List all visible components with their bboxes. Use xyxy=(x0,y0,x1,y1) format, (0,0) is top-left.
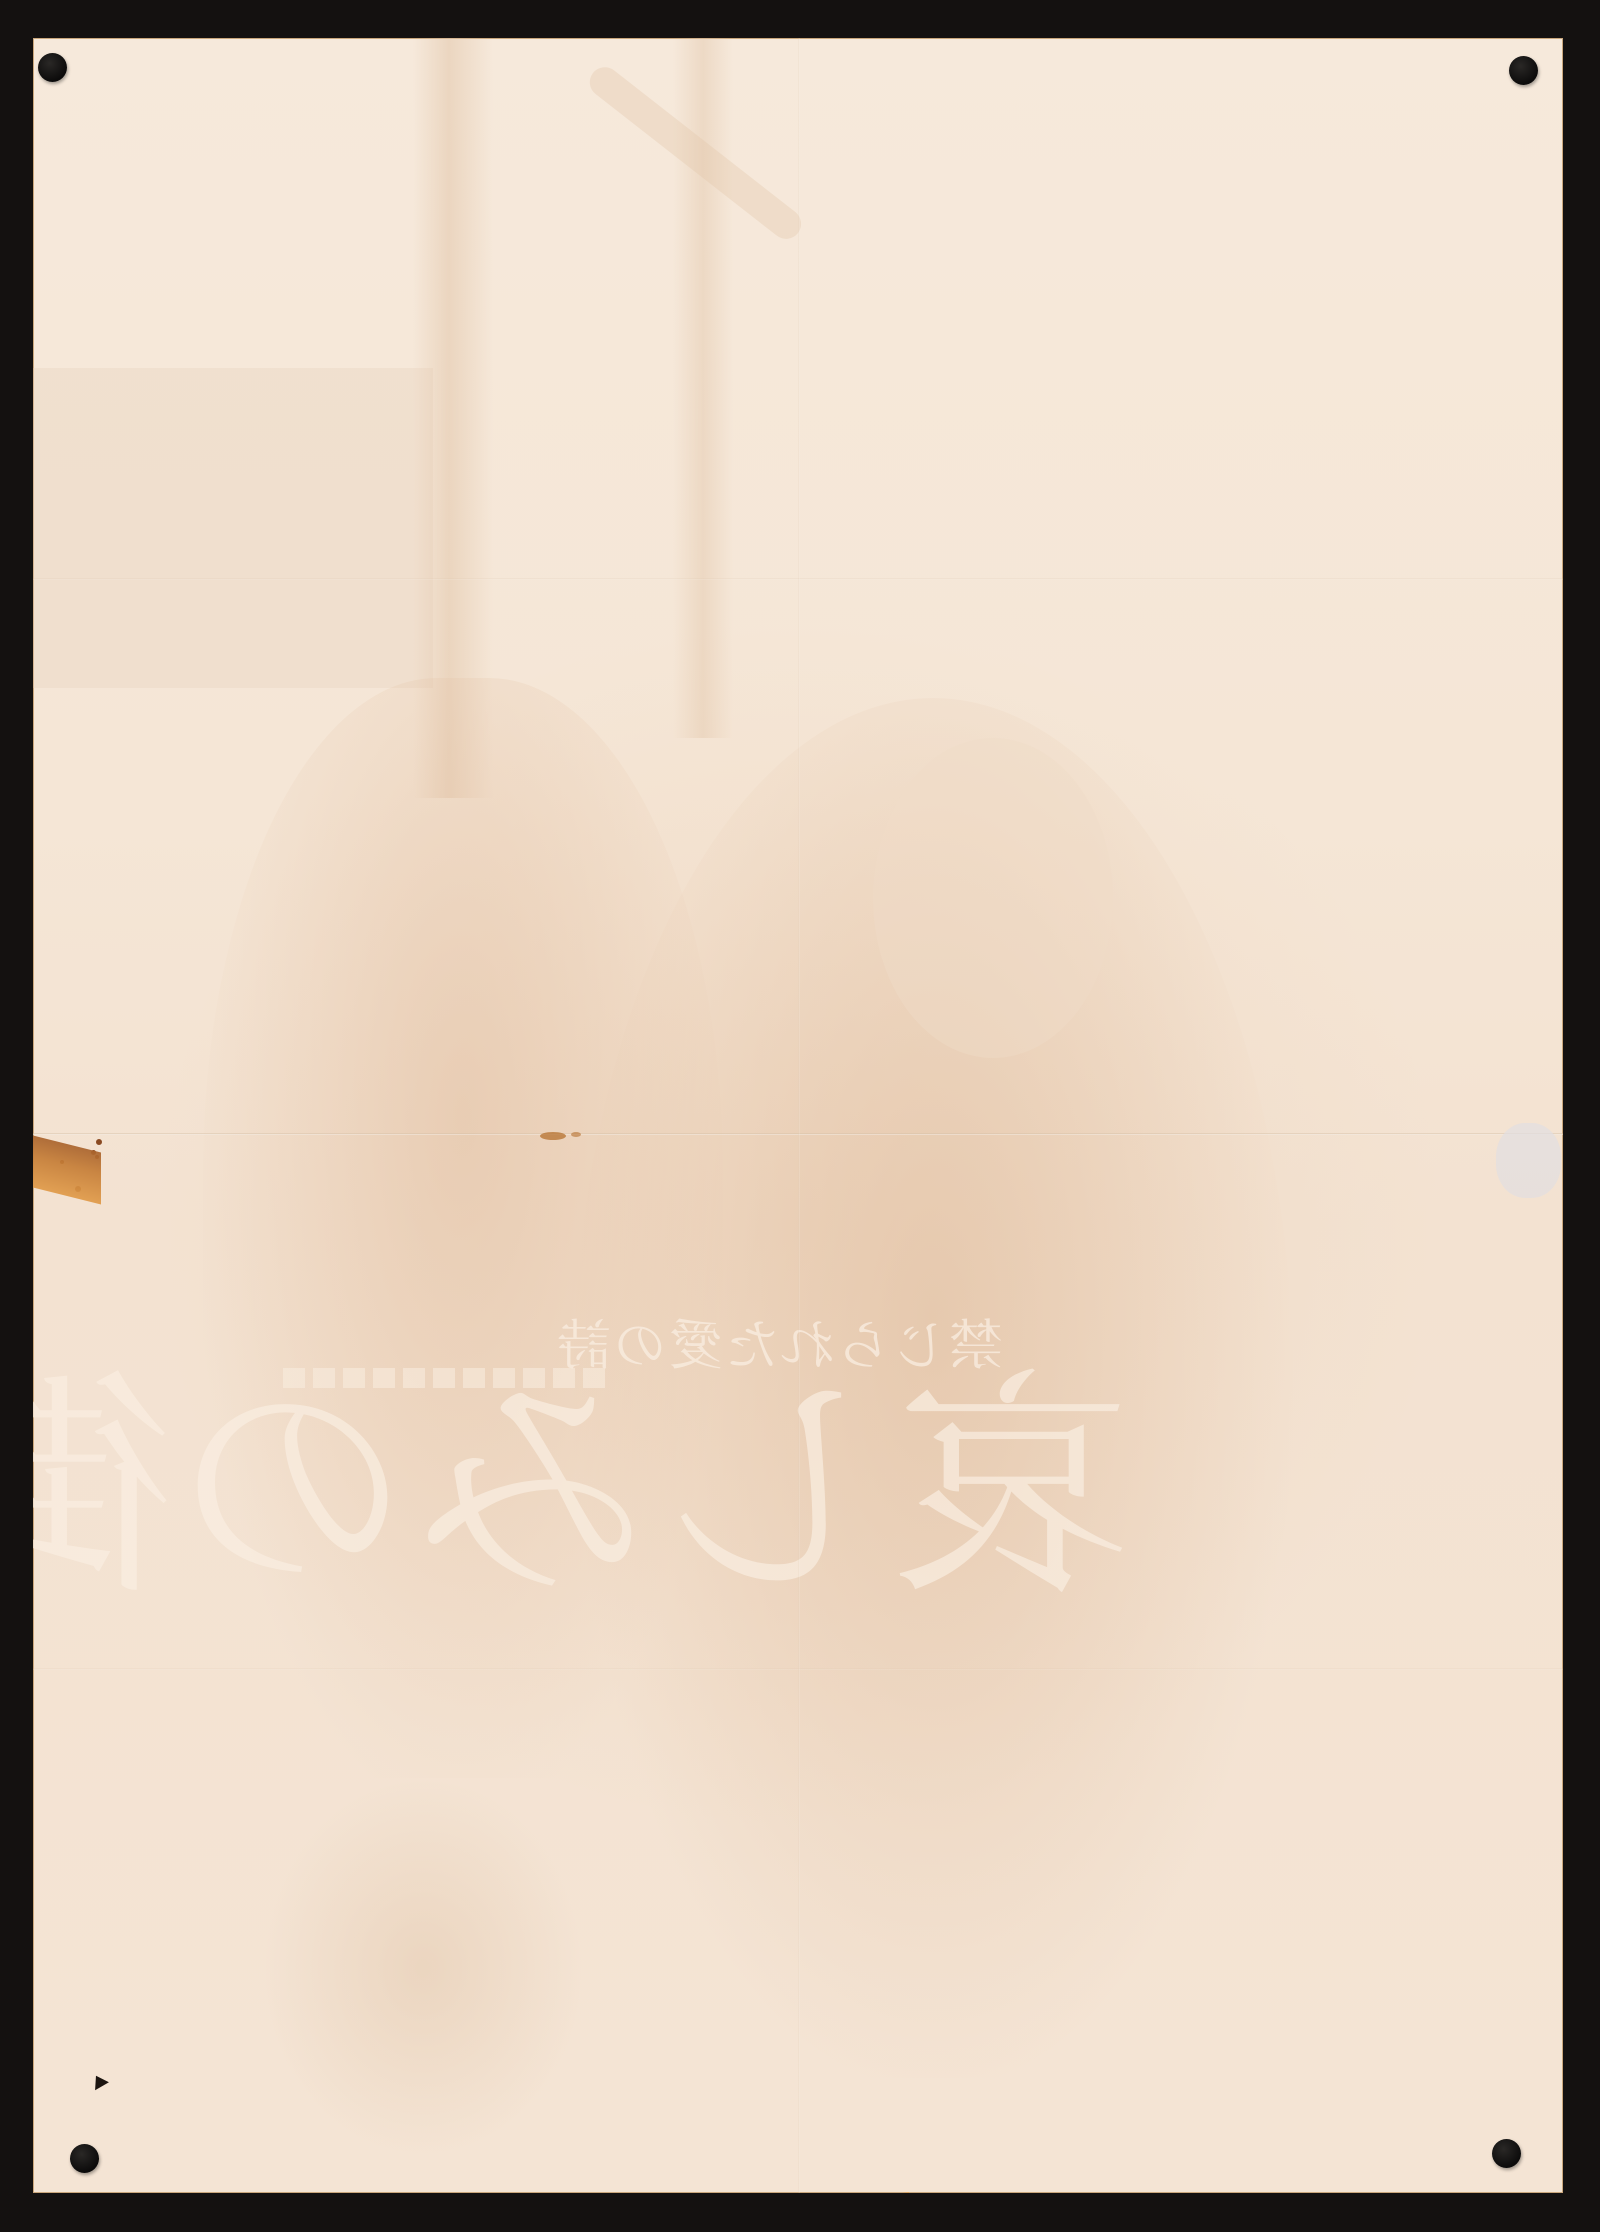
rust-stain xyxy=(540,1132,566,1140)
foxing-spot xyxy=(96,1139,102,1145)
water-stain xyxy=(1496,1123,1561,1198)
ghost-building xyxy=(33,368,433,688)
ghost-tree-branch xyxy=(584,61,807,245)
mount-pin-icon xyxy=(70,2144,99,2173)
ghost-small-figures xyxy=(263,1778,583,2158)
mount-pin-icon xyxy=(38,53,67,82)
mount-pin-icon xyxy=(1509,56,1538,85)
poster-paper: 禁じられた愛の詩 哀しみの街 xyxy=(33,38,1563,2193)
fold-line-vertical xyxy=(798,38,800,2193)
ghost-face xyxy=(873,738,1113,1058)
ghost-tree-trunk-right xyxy=(673,38,733,738)
tear-mark-icon xyxy=(89,2072,109,2090)
bleed-title: 哀しみの街 xyxy=(333,1368,1133,1608)
tape-piece-left xyxy=(33,1136,101,1205)
ghost-tree-trunk-left xyxy=(413,38,493,798)
rust-stain xyxy=(571,1132,581,1137)
mount-pin-icon xyxy=(1492,2139,1521,2168)
tape-piece-bottom xyxy=(749,2192,909,2193)
